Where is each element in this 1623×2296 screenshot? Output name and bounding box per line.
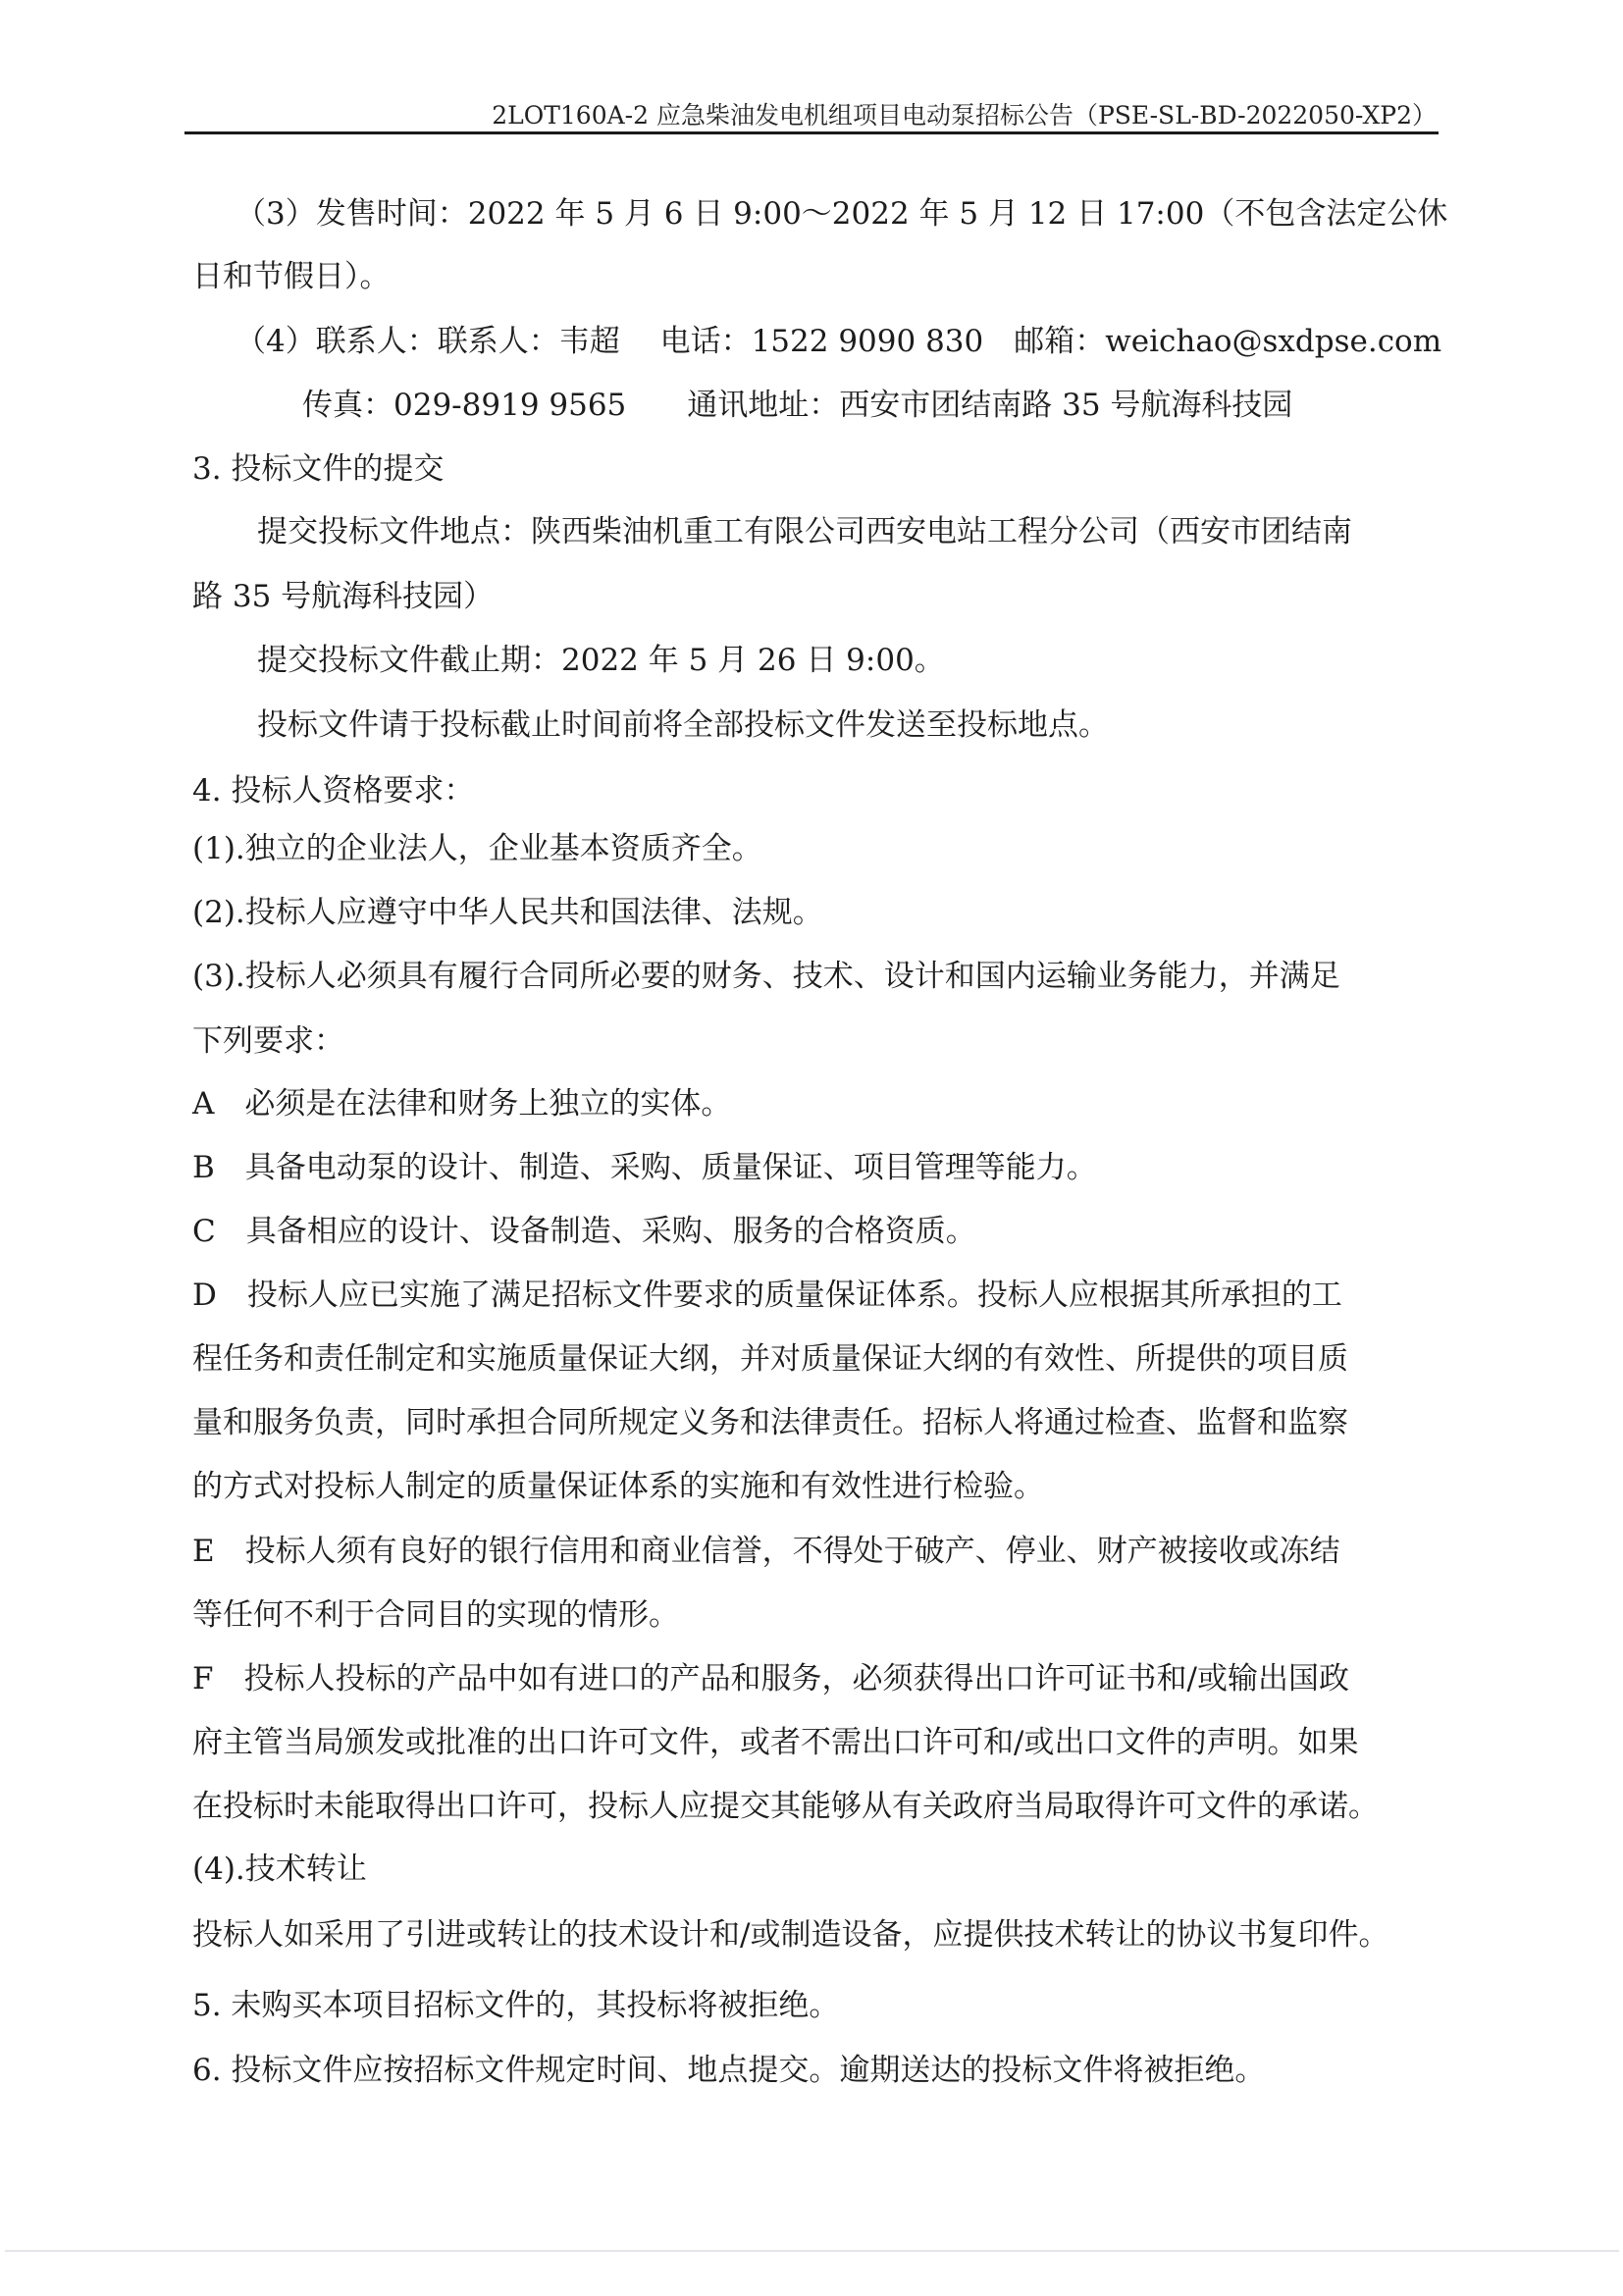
requirement-d-line1: D 投标人应已实施了满足招标文件要求的质量保证体系。投标人应根据其所承担的工	[192, 1276, 1342, 1315]
requirement-f-line3: 在投标时未能取得出口许可，投标人应提交其能够从有关政府当局取得许可文件的承诺。	[192, 1787, 1379, 1826]
item-6: 6. 投标文件应按招标文件规定时间、地点提交。逾期送达的投标文件将被拒绝。	[192, 2051, 1265, 2090]
requirement-c: C 具备相应的设计、设备制造、采购、服务的合格资质。	[192, 1212, 976, 1251]
requirement-a: A 必须是在法律和财务上独立的实体。	[192, 1084, 731, 1123]
header-divider	[184, 131, 1439, 134]
submission-instruction: 投标文件请于投标截止时间前将全部投标文件发送至投标地点。	[257, 705, 1109, 745]
requirement-f-line1: F 投标人投标的产品中如有进口的产品和服务，必须获得出口许可证书和/或输出国政	[192, 1659, 1349, 1698]
submission-location-line1: 提交投标文件地点：陕西柴油机重工有限公司西安电站工程分公司（西安市团结南	[257, 512, 1352, 551]
sale-time-line1: （3）发售时间：2022 年 5 月 6 日 9:00～2022 年 5 月 1…	[236, 194, 1447, 234]
submission-heading: 3. 投标文件的提交	[192, 449, 444, 489]
submission-location-line2: 路 35 号航海科技园）	[192, 577, 494, 616]
requirement-f-line2: 府主管当局颁发或批准的出口许可文件，或者不需出口许可和/或出口文件的声明。如果	[192, 1723, 1358, 1762]
tech-transfer-heading: (4).技术转让	[192, 1850, 367, 1889]
requirement-d-line3: 量和服务负责，同时承担合同所规定义务和法律责任。招标人将通过检查、监督和监察	[192, 1403, 1348, 1442]
requirement-d-line2: 程任务和责任制定和实施质量保证大纲，并对质量保证大纲的有效性、所提供的项目质	[192, 1339, 1348, 1379]
tech-transfer-text: 投标人如采用了引进或转让的技术设计和/或制造设备，应提供技术转让的协议书复印件。	[192, 1915, 1388, 1955]
qualification-item-1: (1).独立的企业法人，企业基本资质齐全。	[192, 829, 762, 868]
submission-deadline: 提交投标文件截止期：2022 年 5 月 26 日 9:00。	[257, 641, 945, 680]
contact-line2: 传真：029-8919 9565 通讯地址：西安市团结南路 35 号航海科技园	[302, 386, 1292, 425]
requirement-b: B 具备电动泵的设计、制造、采购、质量保证、项目管理等能力。	[192, 1148, 1097, 1187]
qualification-item-3-line2: 下列要求：	[192, 1021, 344, 1061]
header-title: 2LOT160A-2 应急柴油发电机组项目电动泵招标公告（PSE-SL-BD-2…	[492, 96, 1437, 131]
qualification-item-2: (2).投标人应遵守中华人民共和国法律、法规。	[192, 893, 823, 932]
item-5: 5. 未购买本项目招标文件的，其投标将被拒绝。	[192, 1986, 839, 2025]
requirement-e-line1: E 投标人须有良好的银行信用和商业信誉，不得处于破产、停业、财产被接收或冻结	[192, 1532, 1340, 1571]
qualification-heading: 4. 投标人资格要求：	[192, 771, 474, 810]
document-page: 2LOT160A-2 应急柴油发电机组项目电动泵招标公告（PSE-SL-BD-2…	[0, 0, 1623, 2296]
footer-divider	[5, 2250, 1619, 2252]
sale-time-line2: 日和节假日）。	[192, 257, 391, 296]
qualification-item-3-line1: (3).投标人必须具有履行合同所必要的财务、技术、设计和国内运输业务能力，并满足	[192, 957, 1340, 996]
requirement-d-line4: 的方式对投标人制定的质量保证体系的实施和有效性进行检验。	[192, 1467, 1044, 1506]
requirement-e-line2: 等任何不利于合同目的实现的情形。	[192, 1595, 679, 1635]
contact-line1: （4）联系人：联系人：韦超 电话：1522 9090 830 邮箱：weicha…	[236, 322, 1441, 361]
